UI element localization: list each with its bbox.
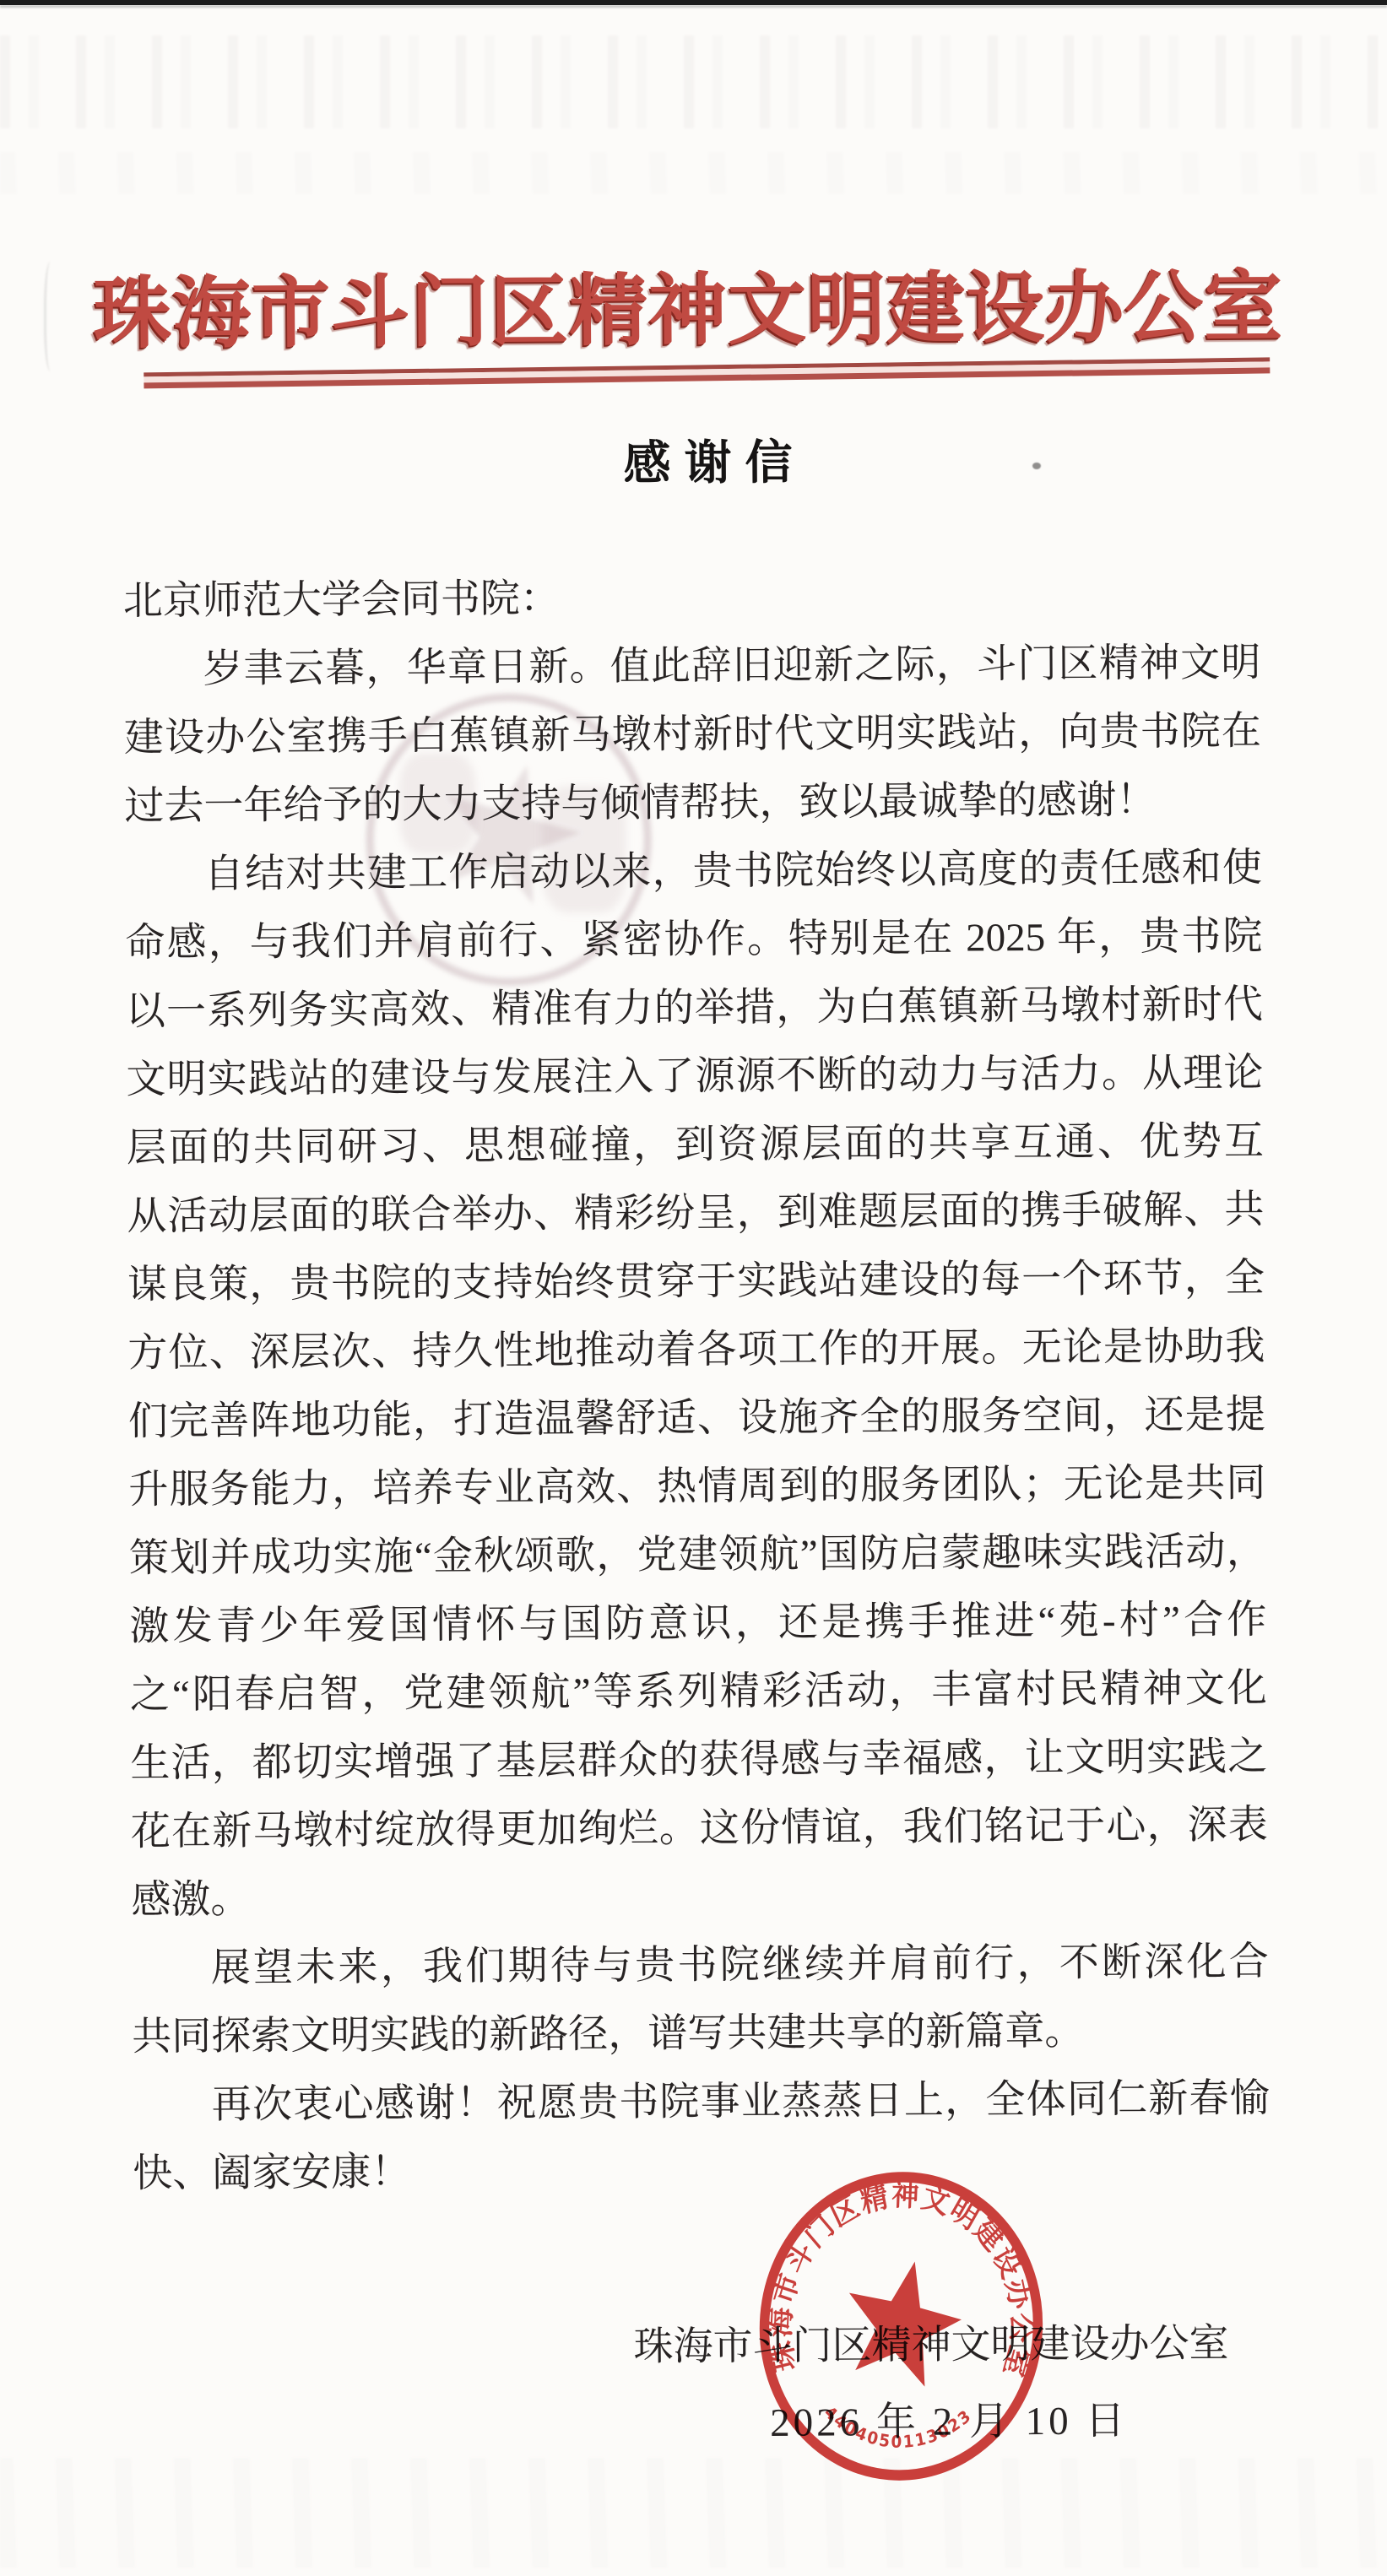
body-line: 文明实践站的建设与发展注入了源源不断的动力与活力。从理论 — [126, 1039, 1263, 1114]
letter-body: 北京师范大学会同书院： 岁聿云暮，华章日新。值此辞旧迎新之际，斗门区精神文明 建… — [123, 560, 1271, 2208]
body-line: 之“阳春启智，党建领航”等系列精彩活动，丰富村民精神文化 — [130, 1654, 1267, 1729]
body-line: 从活动层面的联合举办、精彩纷呈，到难题层面的携手破解、共 — [127, 1176, 1264, 1251]
body-line: 快、阖家安康！ — [133, 2133, 1270, 2208]
body-line: 谋良策，贵书院的支持始终贯穿于实践站建设的每一个环节，全 — [127, 1244, 1265, 1319]
letterhead-title: 珠海市斗门区精神文明建设办公室 — [0, 243, 1382, 365]
body-line: 以一系列务实高效、精准有力的举措，为白蕉镇新马墩村新时代 — [126, 971, 1263, 1046]
body-line: 共同探索文明实践的新路径，谱写共建共享的新篇章。 — [132, 1996, 1269, 2071]
letter-title: 感谢信 — [623, 425, 805, 494]
body-line: 自结对共建工作启动以来，贵书院始终以高度的责任感和使 — [125, 834, 1262, 909]
body-line: 层面的共同研习、思想碰撞，到资源层面的共享互通、优势互补； — [127, 1107, 1264, 1182]
body-line: 花在新马墩村绽放得更加绚烂。这份情谊，我们铭记于心，深表 — [131, 1791, 1268, 1866]
body-line: 方位、深层次、持久性地推动着各项工作的开展。无论是协助我 — [127, 1312, 1265, 1388]
official-seal: 珠海市斗门区精神文明建设办公室 4404050113023 — [741, 2153, 1062, 2498]
body-line: 生活，都切实增强了基层群众的获得感与幸福感，让文明实践之 — [130, 1723, 1267, 1798]
body-line: 们完善阵地功能，打造温馨舒适、设施齐全的服务空间，还是提 — [128, 1381, 1265, 1456]
body-line: 再次衷心感谢！祝愿贵书院事业蒸蒸日上，全体同仁新春愉 — [133, 2065, 1270, 2140]
body-line: 岁聿云暮，华章日新。值此辞旧迎新之际，斗门区精神文明 — [123, 629, 1260, 704]
body-line: 展望未来，我们期待与贵书院继续并肩前行，不断深化合作， — [132, 1928, 1269, 2003]
body-line: 建设办公室携手白蕉镇新马墩村新时代文明实践站，向贵书院在 — [124, 697, 1261, 772]
body-line: 升服务能力，培养专业高效、热情周到的服务团队；无论是共同 — [128, 1449, 1265, 1524]
body-line: 感激。 — [131, 1859, 1268, 1935]
body-line: 策划并成功实施“金秋颂歌，党建领航”国防启蒙趣味实践活动， — [129, 1518, 1266, 1593]
body-line: 激发青少年爱国情怀与国防意识，还是携手推进“苑-村”合作 — [129, 1586, 1266, 1661]
body-line: 过去一年给予的大力支持与倾情帮扶，致以最诚挚的感谢！ — [124, 766, 1261, 841]
scanned-letter-page: ★ 珠海市斗门区精神文明建设办公室 感谢信 北京师范大学会同书院： 岁聿云暮，华… — [0, 0, 1387, 2576]
body-line: 命感，与我们并肩前行、紧密协作。特别是在 2025 年，贵书院 — [125, 902, 1262, 977]
salutation: 北京师范大学会同书院： — [123, 560, 1260, 636]
seal-star-icon — [834, 2249, 971, 2392]
scan-speck — [1032, 463, 1041, 469]
seal-code: 4404050113023 — [818, 2394, 977, 2459]
